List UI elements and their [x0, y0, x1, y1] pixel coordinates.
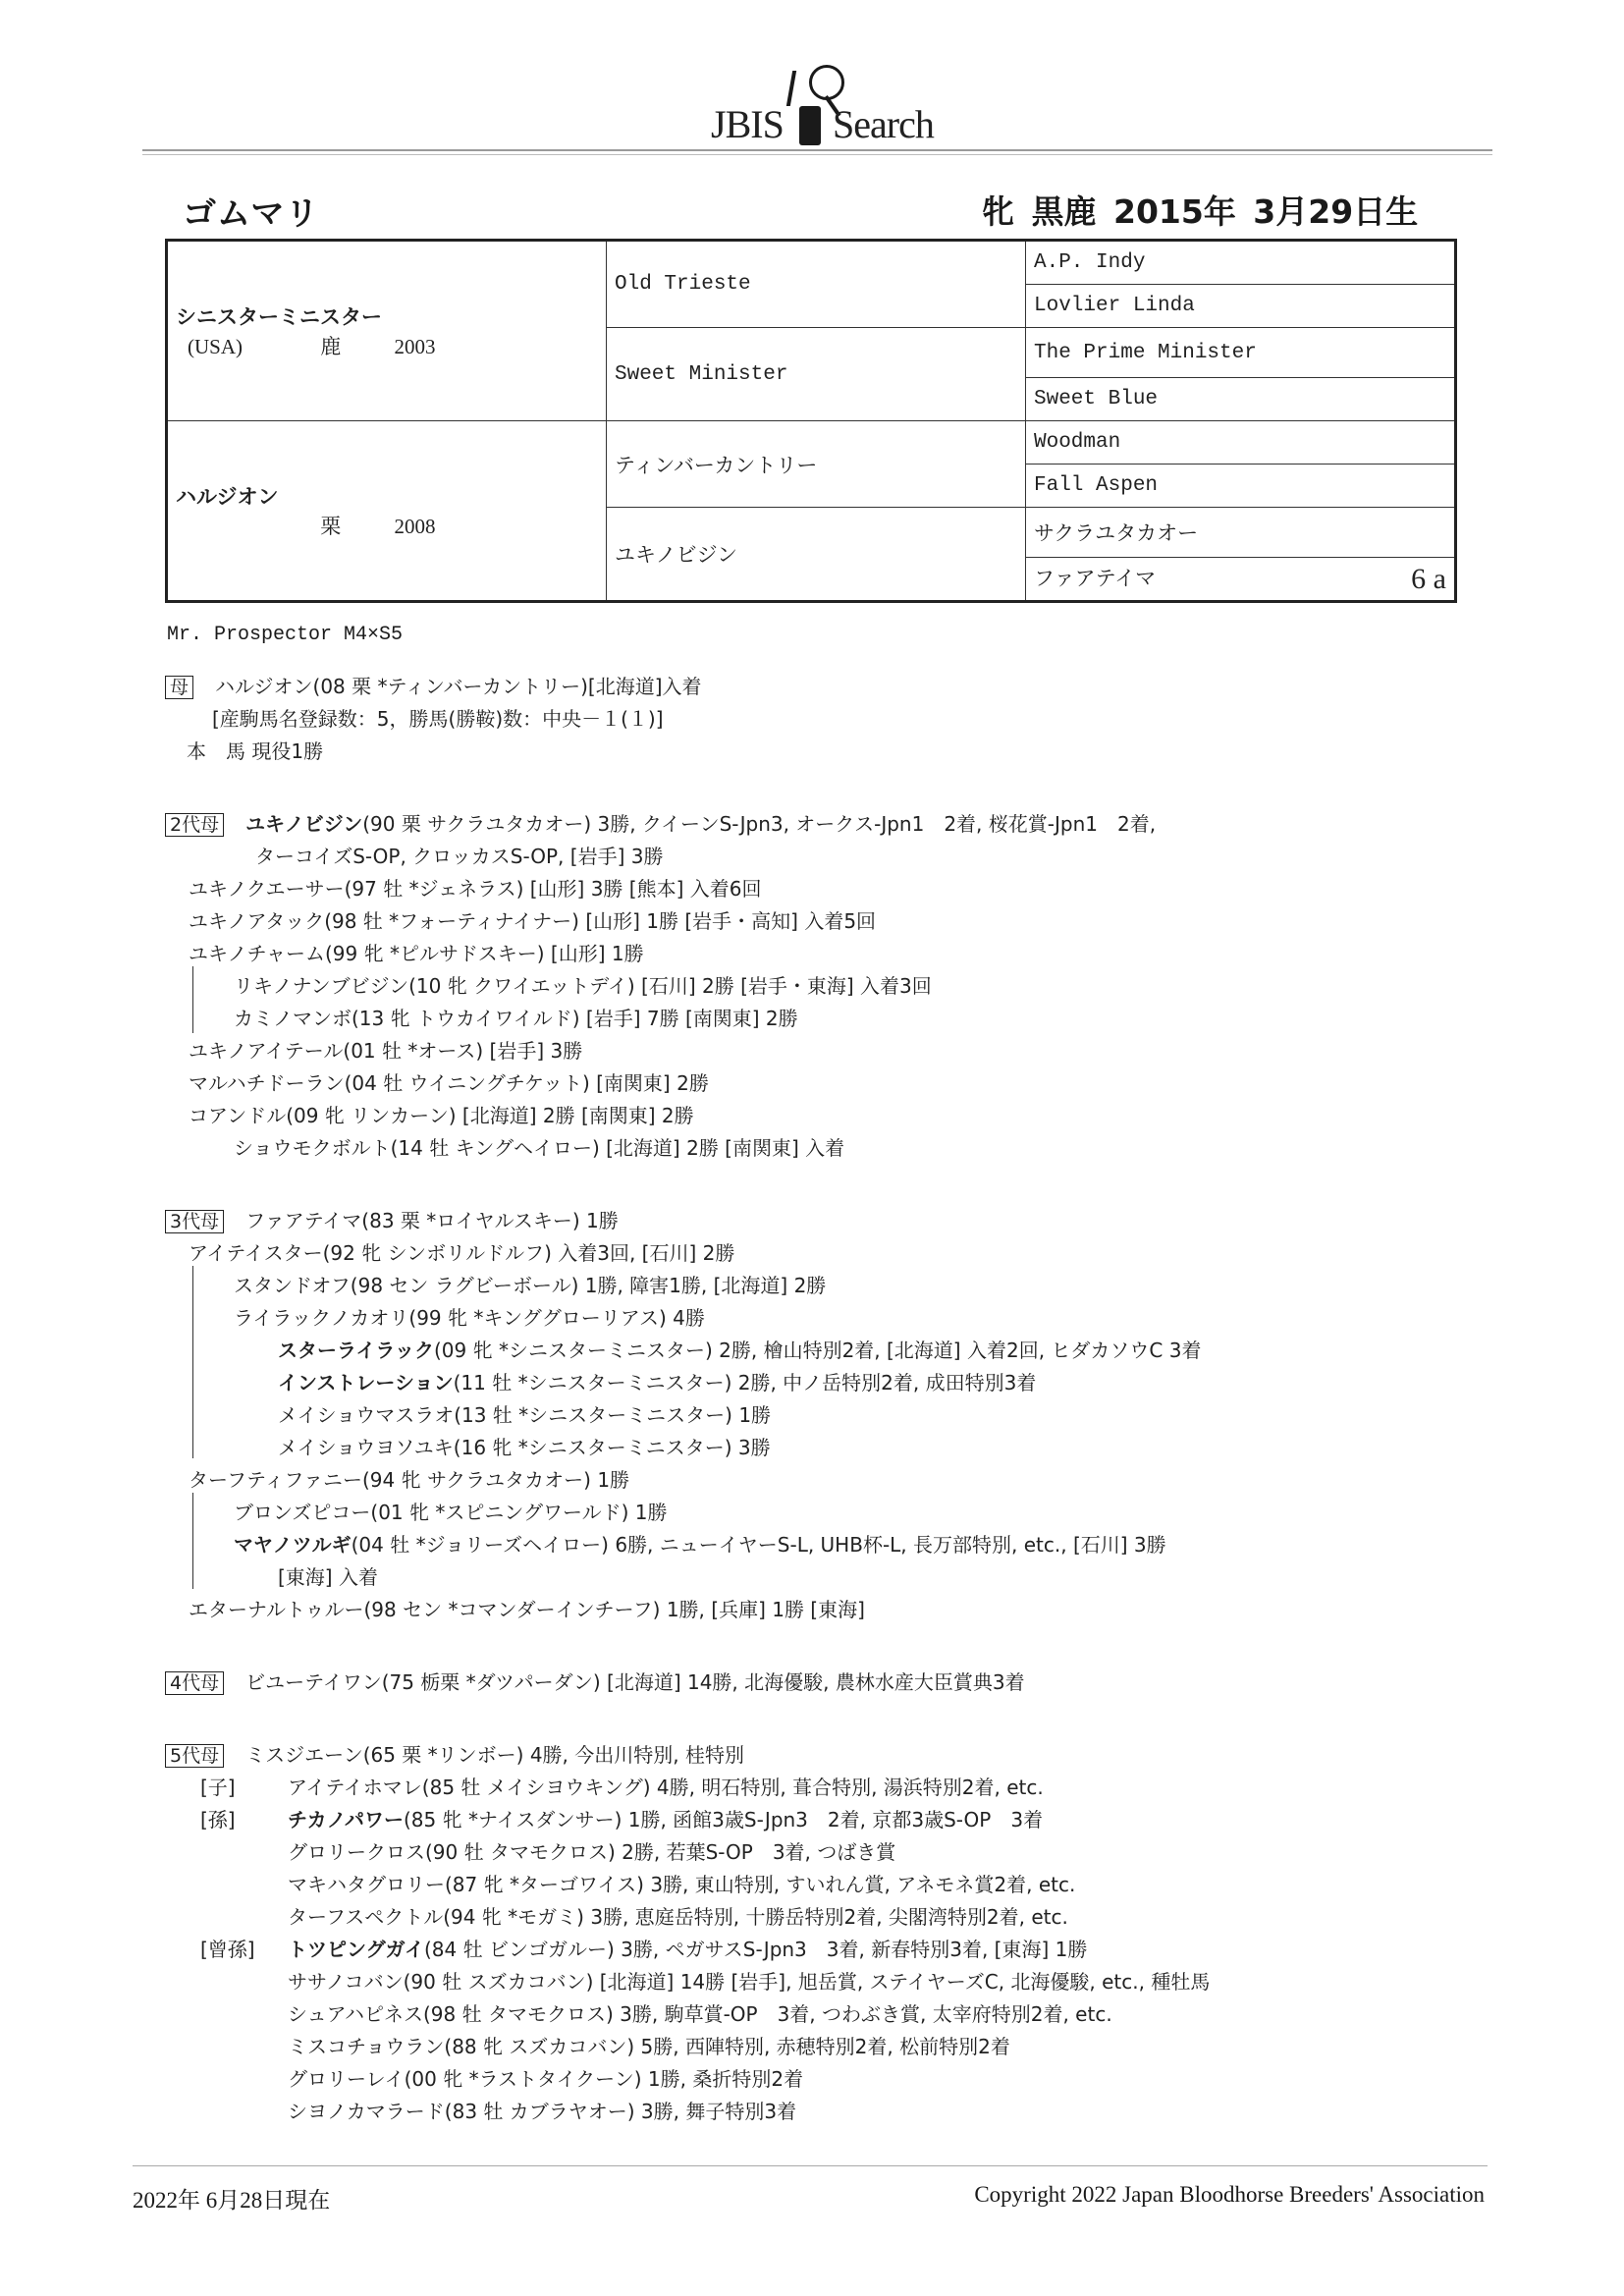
list-item: シヨノカマラード(83 牡 カブラヤオー) 3勝, 舞子特別3着	[288, 2099, 796, 2124]
gen3-cell: Fall Aspen	[1026, 465, 1456, 508]
record-text: (11 牡 *シニスターミニスター) 2勝, 中ノ岳特別2着, 成田特別3着	[454, 1371, 1037, 1394]
dam-cell: ハルジオン 栗 2008	[167, 421, 607, 602]
section-label-dam: 母	[165, 676, 193, 699]
list-item: スターライラック(09 牝 *シニスターミニスター) 2勝, 檜山特別2着, […	[278, 1338, 1201, 1363]
horse-name: ゴムマリ	[183, 187, 319, 235]
header-divider	[142, 149, 1492, 151]
list-item: チカノパワー(85 牝 *ナイスダンサー) 1勝, 函館3歳S-Jpn3 2着,…	[288, 1807, 1043, 1832]
fifth-dam-text: ミスジエーン(65 栗 *リンボー) 4勝, 今出川特別, 桂特別	[245, 1743, 744, 1767]
sire-year: 2003	[395, 335, 436, 359]
dam-year: 2008	[395, 515, 436, 539]
list-item: メイショウマスラオ(13 牡 *シニスターミニスター) 1勝	[278, 1402, 771, 1428]
list-item: インストレーション(11 牡 *シニスターミニスター) 2勝, 中ノ岳特別2着,…	[278, 1370, 1036, 1395]
horse-icon	[786, 71, 810, 106]
dam-line: 母ハルジオン(08 栗 *ティンバーカントリー)[北海道]入着	[165, 674, 702, 699]
gen3-cell: Woodman	[1026, 421, 1456, 465]
third-dam-text: ファアテイマ(83 栗 *ロイヤルスキー) 1勝	[245, 1209, 619, 1232]
gen3-cell: A.P. Indy	[1026, 241, 1456, 285]
dam-text: ハルジオン(08 栗 *ティンバーカントリー)[北海道]入着	[215, 675, 701, 698]
sire-country: (USA)	[176, 335, 276, 359]
sire-name: シニスターミニスター	[176, 301, 598, 331]
record-text: (04 牡 *ジョリーズヘイロー) 6勝, ニューイヤーS-L, UHB杯-L,…	[352, 1533, 1166, 1557]
gen3-cell: The Prime Minister	[1026, 328, 1456, 378]
dam-produce-summary: [産駒馬名登録数：5，勝馬(勝鞍)数：中央－１(１)]	[212, 706, 664, 732]
list-item: ショウモクボルト(14 牡 キングヘイロー) [北海道] 2勝 [南関東] 入着	[234, 1135, 844, 1161]
section-label-2nd-dam: 2代母	[165, 813, 224, 837]
gen3-cell: Sweet Blue	[1026, 378, 1456, 421]
list-item: ターフスペクトル(94 牝 *モガミ) 3勝, 恵庭岳特別, 十勝岳特別2着, …	[288, 1904, 1068, 1930]
header-divider-secondary	[142, 154, 1492, 155]
gen2-cell: ユキノビジン	[607, 508, 1026, 602]
logo-text-jbis: JBIS	[711, 101, 784, 147]
dam-name: ハルジオン	[176, 481, 598, 511]
dam-details: 栗 2008	[176, 511, 598, 540]
sire-cell: シニスターミニスター (USA) 鹿 2003	[167, 241, 607, 421]
list-item: グロリーレイ(00 牝 *ラストタイクーン) 1勝, 桑折特別2着	[288, 2066, 803, 2092]
fourth-dam-line: 4代母ビユーテイワン(75 栃栗 *ダツパーダン) [北海道] 14勝, 北海優…	[165, 1669, 1025, 1695]
list-item: スタンドオフ(98 セン ラグビーボール) 1勝, 障害1勝, [北海道] 2勝	[234, 1273, 826, 1298]
fifth-dam-line: 5代母ミスジエーン(65 栗 *リンボー) 4勝, 今出川特別, 桂特別	[165, 1742, 744, 1768]
generation-tag: [曾孫]	[200, 1937, 255, 1962]
gen3-cell: サクラユタカオー	[1026, 508, 1456, 558]
list-item: マルハチドーラン(04 牡 ウイニングチケット) [南関東] 2勝	[189, 1070, 709, 1096]
record-text: (09 牝 *シニスターミニスター) 2勝, 檜山特別2着, [北海道] 入着2…	[434, 1339, 1201, 1362]
fourth-dam-text: ビユーテイワン(75 栃栗 *ダツパーダン) [北海道] 14勝, 北海優駿, …	[245, 1670, 1025, 1694]
list-item: トツピングガイ(84 牡 ビンゴガルー) 3勝, ペガサスS-Jpn3 3着, …	[288, 1937, 1087, 1962]
list-item: [東海] 入着	[278, 1564, 378, 1590]
logo-cylinder-icon	[799, 106, 821, 145]
sire-color: 鹿	[281, 331, 389, 360]
footer-divider	[133, 2165, 1488, 2166]
as-of-date: 2022年 6月28日現在	[133, 2182, 330, 2214]
list-item: エターナルトゥルー(98 セン *コマンダーインチーフ) 1勝, [兵庫] 1勝…	[189, 1597, 865, 1622]
record-text: (84 牡 ビンゴガルー) 3勝, ペガサスS-Jpn3 3着, 新春特別3着,…	[424, 1938, 1087, 1961]
gen3-cell: Lovlier Linda	[1026, 285, 1456, 328]
list-item: シュアハピネス(98 牡 タマモクロス) 3勝, 駒草賞-OP 3着, つわぶき…	[288, 2001, 1112, 2027]
dam-color: 栗	[281, 511, 389, 540]
section-label-5th-dam: 5代母	[165, 1744, 224, 1768]
list-item: アイテイスター(92 牝 シンボリルドルフ) 入着3回, [石川] 2勝	[189, 1240, 734, 1266]
notable-name: トツピングガイ	[288, 1938, 424, 1961]
list-item: マキハタグロリー(87 牝 *ターゴワイス) 3勝, 東山特別, すいれん賞, …	[288, 1872, 1075, 1897]
section-label-4th-dam: 4代母	[165, 1671, 224, 1695]
generation-tag: [子]	[200, 1775, 236, 1800]
self-record: 本 馬 現役1勝	[187, 738, 323, 764]
list-item: ライラックノカオリ(99 牝 *キンググローリアス) 4勝	[234, 1305, 705, 1331]
list-item: ササノコバン(90 牡 スズカコバン) [北海道] 14勝 [岩手], 旭岳賞,…	[288, 1969, 1210, 1995]
gen2-cell: Old Trieste	[607, 241, 1026, 328]
generation-tag: [孫]	[200, 1807, 236, 1832]
granddam-line: 2代母ユキノビジン(90 栗 サクラユタカオー) 3勝, クイーンS-Jpn3,…	[165, 811, 1156, 837]
gen3-name: ファアテイマ	[1034, 570, 1156, 592]
jbis-search-logo: JBIS Search	[707, 59, 943, 147]
list-item: カミノマンボ(13 牝 トウカイワイルド) [岩手] 7勝 [南関東] 2勝	[234, 1006, 798, 1031]
list-item: ユキノアイテール(01 牡 *オース) [岩手] 3勝	[189, 1038, 582, 1064]
notable-name: インストレーション	[278, 1371, 454, 1394]
list-item: アイテイホマレ(85 牡 メイシヨウキング) 4勝, 明石特別, 葺合特別, 湯…	[288, 1775, 1044, 1800]
list-item: ユキノクエーサー(97 牡 *ジェネラス) [山形] 3勝 [熊本] 入着6回	[189, 876, 761, 902]
list-item: ブロンズピコー(01 牝 *スピニングワールド) 1勝	[234, 1500, 667, 1525]
tree-connector	[192, 1493, 193, 1589]
inbreeding-note: Mr. Prospector M4×S5	[167, 624, 403, 646]
list-item: リキノナンブビジン(10 牝 クワイエットデイ) [石川] 2勝 [岩手・東海]…	[234, 973, 932, 999]
tree-connector	[192, 1266, 193, 1458]
notable-name: チカノパワー	[288, 1808, 404, 1831]
sire-details: (USA) 鹿 2003	[176, 331, 598, 360]
list-item: ミスコチョウラン(88 牝 スズカコバン) 5勝, 西陣特別, 赤穂特別2着, …	[288, 2034, 1010, 2059]
pedigree-table: シニスターミニスター (USA) 鹿 2003 Old Trieste A.P.…	[165, 239, 1457, 603]
record-text: (85 牝 *ナイスダンサー) 1勝, 函館3歳S-Jpn3 2着, 京都3歳S…	[404, 1808, 1043, 1831]
logo-text-search: Search	[833, 101, 934, 147]
notable-name: マヤノツルギ	[234, 1533, 352, 1557]
section-label-3rd-dam: 3代母	[165, 1210, 224, 1233]
granddam-record: (90 栗 サクラユタカオー) 3勝, クイーンS-Jpn3, オークス-Jpn…	[362, 812, 1156, 836]
list-item: グロリークロス(90 牡 タマモクロス) 2勝, 若葉S-OP 3着, つばき賞	[288, 1839, 895, 1865]
list-item: マヤノツルギ(04 牡 *ジョリーズヘイロー) 6勝, ニューイヤーS-L, U…	[234, 1532, 1166, 1558]
list-item: ユキノチャーム(99 牝 *ピルサドスキー) [山形] 1勝	[189, 941, 644, 966]
list-item: ターフティファニー(94 牝 サクラユタカオー) 1勝	[189, 1467, 629, 1493]
horse-info: 牝 黒鹿 2015年 3月29日生	[982, 187, 1418, 233]
copyright: Copyright 2022 Japan Bloodhorse Breeders…	[974, 2182, 1485, 2208]
granddam-name: ユキノビジン	[245, 812, 362, 836]
list-item: メイショウヨソユキ(16 牝 *シニスターミニスター) 3勝	[278, 1435, 771, 1460]
gen2-cell: Sweet Minister	[607, 328, 1026, 421]
gen2-cell: ティンバーカントリー	[607, 421, 1026, 508]
third-dam-line: 3代母ファアテイマ(83 栗 *ロイヤルスキー) 1勝	[165, 1208, 619, 1233]
family-number: 6 a	[1411, 563, 1446, 596]
gen3-cell-last: ファアテイマ 6 a	[1026, 558, 1456, 602]
tree-connector	[192, 966, 193, 1033]
notable-name: スターライラック	[278, 1339, 434, 1362]
list-item: コアンドル(09 牝 リンカーン) [北海道] 2勝 [南関東] 2勝	[189, 1103, 694, 1128]
list-item: ユキノアタック(98 牡 *フォーティナイナー) [山形] 1勝 [岩手・高知]…	[189, 908, 876, 934]
granddam-record-cont: ターコイズS-OP, クロッカスS-OP, [岩手] 3勝	[255, 844, 663, 869]
